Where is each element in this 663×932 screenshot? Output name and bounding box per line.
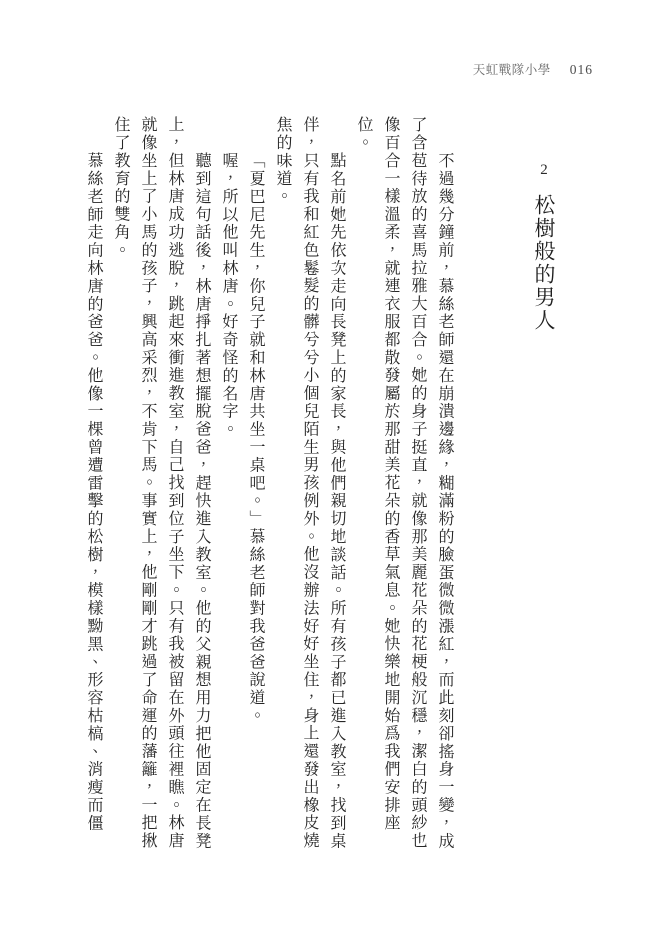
paragraph-3: 「夏巴尼先生，你兒子就和林唐共坐一桌吧。」慕絲老師對我爸爸說道。 [242,116,269,851]
paragraph-1: 不過幾分鐘前，慕絲老師還在崩潰邊緣，糊滿粉的臉蛋微微漲紅，而此刻卻搖身一變，成了… [350,116,458,851]
chapter-heading: 2 松樹般的男人 [530,116,558,851]
chapter-number: 2 [536,162,552,178]
paragraph-5: 聽到這句話後，林唐掙扎著想擺脫爸爸，趕快進入教室。他的父親想用力把他固定在長凳上… [107,116,215,851]
vertical-text-block: 2 松樹般的男人 不過幾分鐘前，慕絲老師還在崩潰邊緣，糊滿粉的臉蛋微微漲紅，而此… [80,116,558,851]
running-head: 天虹戰隊小學 016 [473,60,593,78]
body-text: 不過幾分鐘前，慕絲老師還在崩潰邊緣，糊滿粉的臉蛋微微漲紅，而此刻卻搖身一變，成了… [80,116,458,851]
running-head-page-number: 016 [570,62,593,78]
paragraph-6: 慕絲老師走向林唐的爸爸。他像一棵曾遭雷擊的松樹，模樣黝黑、形容枯槁、消瘦而僵 [80,116,107,851]
paragraph-4: 喔，所以他叫林唐。好奇怪的名字。 [215,116,242,851]
paragraph-2: 點名前她先依次走向長凳上的家長，與他們親切地談話。所有孩子都已進入教室，找到桌伴… [269,116,350,851]
running-head-book-title: 天虹戰隊小學 [473,60,551,78]
chapter-title: 松樹般的男人 [532,194,556,332]
book-page: 天虹戰隊小學 016 2 松樹般的男人 不過幾分鐘前，慕絲老師還在崩潰邊緣，糊滿… [0,0,663,932]
